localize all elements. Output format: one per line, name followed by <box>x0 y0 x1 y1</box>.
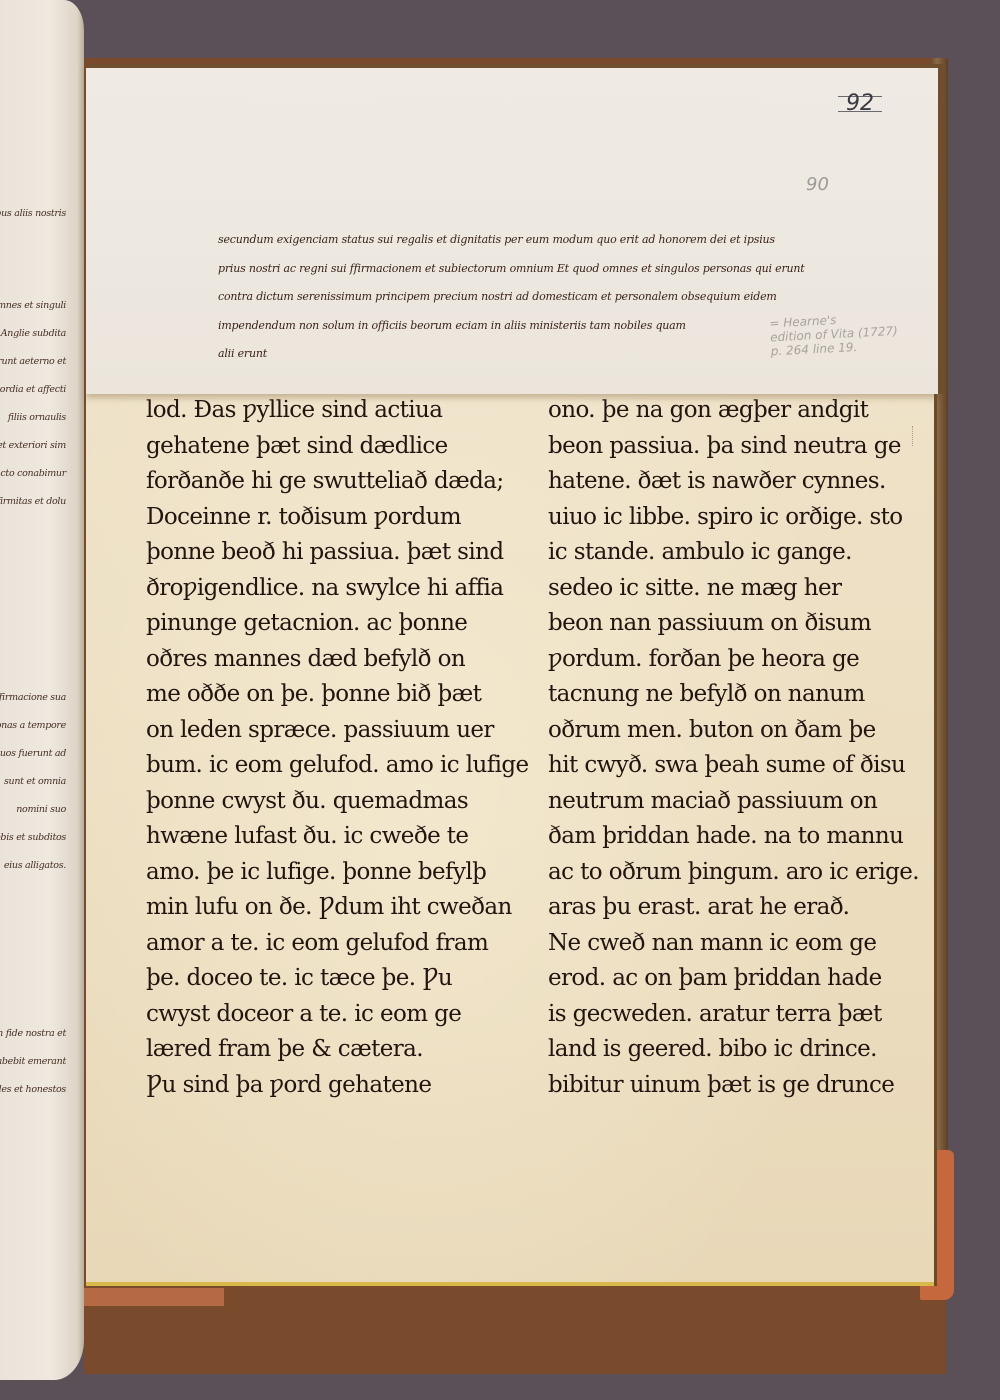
left-page-text-line: mobiles et honestos <box>0 1084 66 1095</box>
left-page-text-line: eius alligatos. <box>4 860 66 871</box>
manuscript-line: þonne beoð hi passiua. þæt sind <box>146 534 526 570</box>
pricking-mark <box>912 426 923 446</box>
manuscript-line: tacnung ne befylð on nanum <box>548 676 928 712</box>
manuscript-line: ac to oðrum þingum. aro ic erige. <box>548 854 928 890</box>
manuscript-line: gehatene þæt sind dædlice <box>146 428 526 464</box>
left-page-text-line: in fide nostra et <box>0 1028 66 1039</box>
manuscript-line: lod. Ðas ƿyllice sind actiua <box>146 392 526 428</box>
manuscript-line: hwæne lufast ðu. ic cweðe te <box>146 818 526 854</box>
manuscript-line: hatene. ðæt is nawðer cynnes. <box>548 463 928 499</box>
manuscript-column-left: lod. Ðas ƿyllice sind actiua gehatene þæ… <box>146 392 526 1102</box>
manuscript-line: beon nan passiuum on ðisum <box>548 605 928 641</box>
manuscript-line: sedeo ic sitte. ne mæg her <box>548 570 928 606</box>
paper-slip-text: secundum exigenciam status sui regalis e… <box>218 226 768 369</box>
manuscript-line: is gecweden. aratur terra þæt <box>548 996 928 1032</box>
facing-left-page: libus aliis nostris et omnes et singuli … <box>0 0 84 1380</box>
left-page-text-line: regni ffirmacione sua <box>0 692 66 703</box>
manuscript-line: cwyst doceor a te. ic eom ge <box>146 996 526 1032</box>
manuscript-line: bibitur uinum þæt is ge drunce <box>548 1067 928 1103</box>
manuscript-line: ðam þriddan hade. na to mannu <box>548 818 928 854</box>
pencil-note-hearne: = Hearne's edition of Vita (1727) p. 264… <box>769 308 941 359</box>
manuscript-line: þe. doceo te. ic tæce þe. Ƿu <box>146 960 526 996</box>
slip-text-line: secundum exigenciam status sui regalis e… <box>218 226 768 255</box>
manuscript-line: forðanðe hi ge swutteliað dæda; <box>146 463 526 499</box>
manuscript-line: pinunge getacnion. ac þonne <box>146 605 526 641</box>
manuscript-line: me oððe on þe. þonne bið þæt <box>146 676 526 712</box>
manuscript-line: amor a te. ic eom gelufod fram <box>146 925 526 961</box>
left-page-text-line: in facto conabimur <box>0 468 66 479</box>
manuscript-line: erod. ac on þam þriddan hade <box>548 960 928 996</box>
left-page-text-line: et exteriori sim <box>0 440 66 451</box>
manuscript-line: uiuo ic libbe. spiro ic orðige. sto <box>548 499 928 535</box>
manuscript-line: Ne cweð nan mann ic eom ge <box>548 925 928 961</box>
left-page-text-line: erunt aeterno et <box>0 356 66 367</box>
slip-text-line: alii erunt <box>218 340 768 369</box>
manuscript-line: aras þu erast. arat he erað. <box>548 889 928 925</box>
manuscript-line: ƿordum. forðan þe heora ge <box>548 641 928 677</box>
left-page-text-line: suos fuerunt ad <box>0 748 66 759</box>
manuscript-line: oðres mannes dæd befylð on <box>146 641 526 677</box>
manuscript-line: læred fram þe & cætera. <box>146 1031 526 1067</box>
left-page-text-line: nomini suo <box>16 804 66 815</box>
manuscript-line: ic stande. ambulo ic gange. <box>548 534 928 570</box>
folio-number-pencil: 90 <box>806 174 829 195</box>
slip-text-line: contra dictum serenissimum principem pre… <box>218 283 768 312</box>
left-page-text-line: filiis ornaulis <box>8 412 66 423</box>
left-page-text-line: habebit emerant <box>0 1056 66 1067</box>
left-page-text-line: concordia et affecti <box>0 384 66 395</box>
manuscript-line: on leden spræce. passiuum uer <box>146 712 526 748</box>
left-page-text-line: infirmitas et dolu <box>0 496 66 507</box>
manuscript-line: ðroƿigendlice. na swylce hi affia <box>146 570 526 606</box>
left-page-text-line: et omnes et singuli <box>0 300 66 311</box>
manuscript-line: amo. þe ic lufige. þonne befylþ <box>146 854 526 890</box>
manuscript-line: min lufu on ðe. Ƿdum iht cweðan <box>146 889 526 925</box>
slip-text-line: impendendum non solum in officiis beorum… <box>218 312 768 341</box>
manuscript-line: þonne cwyst ðu. quemadmas <box>146 783 526 819</box>
binding-red-leather-bottom <box>84 1288 224 1306</box>
manuscript-line: hit cwyð. swa þeah sume of ðisu <box>548 747 928 783</box>
left-page-text-line: Anglie subdita <box>1 328 66 339</box>
manuscript-column-right: ono. þe na gon ægþer andgit beon passiua… <box>548 392 928 1102</box>
folio-number-ink: 92 <box>838 96 882 112</box>
slip-text-line: prius nostri ac regni sui ffirmacionem e… <box>218 255 768 284</box>
left-page-text-line: libus aliis nostris <box>0 208 66 219</box>
left-page-text-line: personas a tempore <box>0 720 66 731</box>
manuscript-line: Doceinne r. toðisum ƿordum <box>146 499 526 535</box>
left-page-text-line: nobis et subditos <box>0 832 66 843</box>
manuscript-line: bum. ic eom gelufod. amo ic lufige <box>146 747 526 783</box>
manuscript-line: Ƿu sind þa ƿord gehatene <box>146 1067 526 1103</box>
manuscript-line: ono. þe na gon ægþer andgit <box>548 392 928 428</box>
left-page-text-line: sunt et omnia <box>4 776 66 787</box>
manuscript-line: neutrum maciað passiuum on <box>548 783 928 819</box>
manuscript-line: land is geered. bibo ic drince. <box>548 1031 928 1067</box>
manuscript-line: oðrum men. buton on ðam þe <box>548 712 928 748</box>
manuscript-line: beon passiua. þa sind neutra ge <box>548 428 928 464</box>
